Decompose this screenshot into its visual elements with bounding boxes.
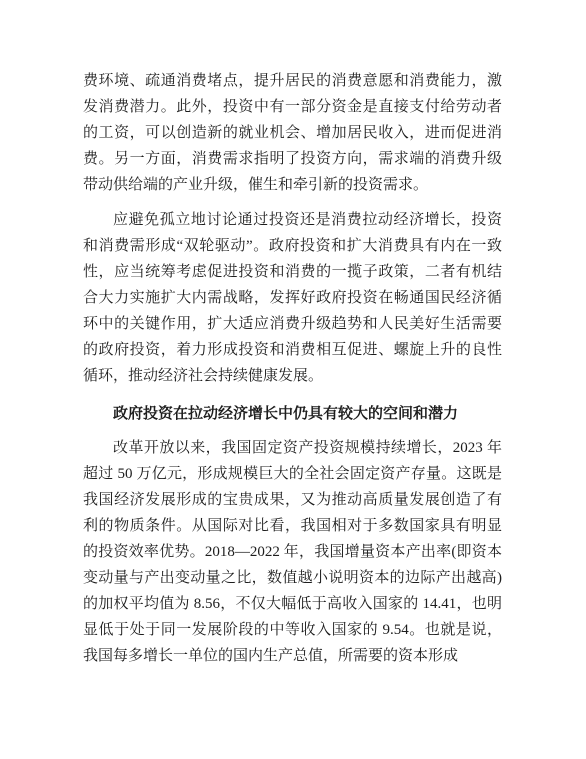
paragraph-continuation: 费环境、疏通消费堵点，提升居民的消费意愿和消费能力，激发消费潜力。此外，投资中有… <box>83 68 502 198</box>
book-page: 费环境、疏通消费堵点，提升居民的消费意愿和消费能力，激发消费潜力。此外，投资中有… <box>0 0 586 759</box>
paragraph-dual-drive: 应避免孤立地讨论通过投资还是消费拉动经济增长，投资和消费需形成“双轮驱动”。政府… <box>83 207 502 389</box>
paragraph-investment-stats: 改革开放以来，我国固定资产投资规模持续增长，2023 年超过 50 万亿元，形成… <box>83 435 502 669</box>
page-text-block: 费环境、疏通消费堵点，提升居民的消费意愿和消费能力，激发消费潜力。此外，投资中有… <box>83 68 502 669</box>
section-heading: 政府投资在拉动经济增长中仍具有较大的空间和潜力 <box>83 401 502 427</box>
